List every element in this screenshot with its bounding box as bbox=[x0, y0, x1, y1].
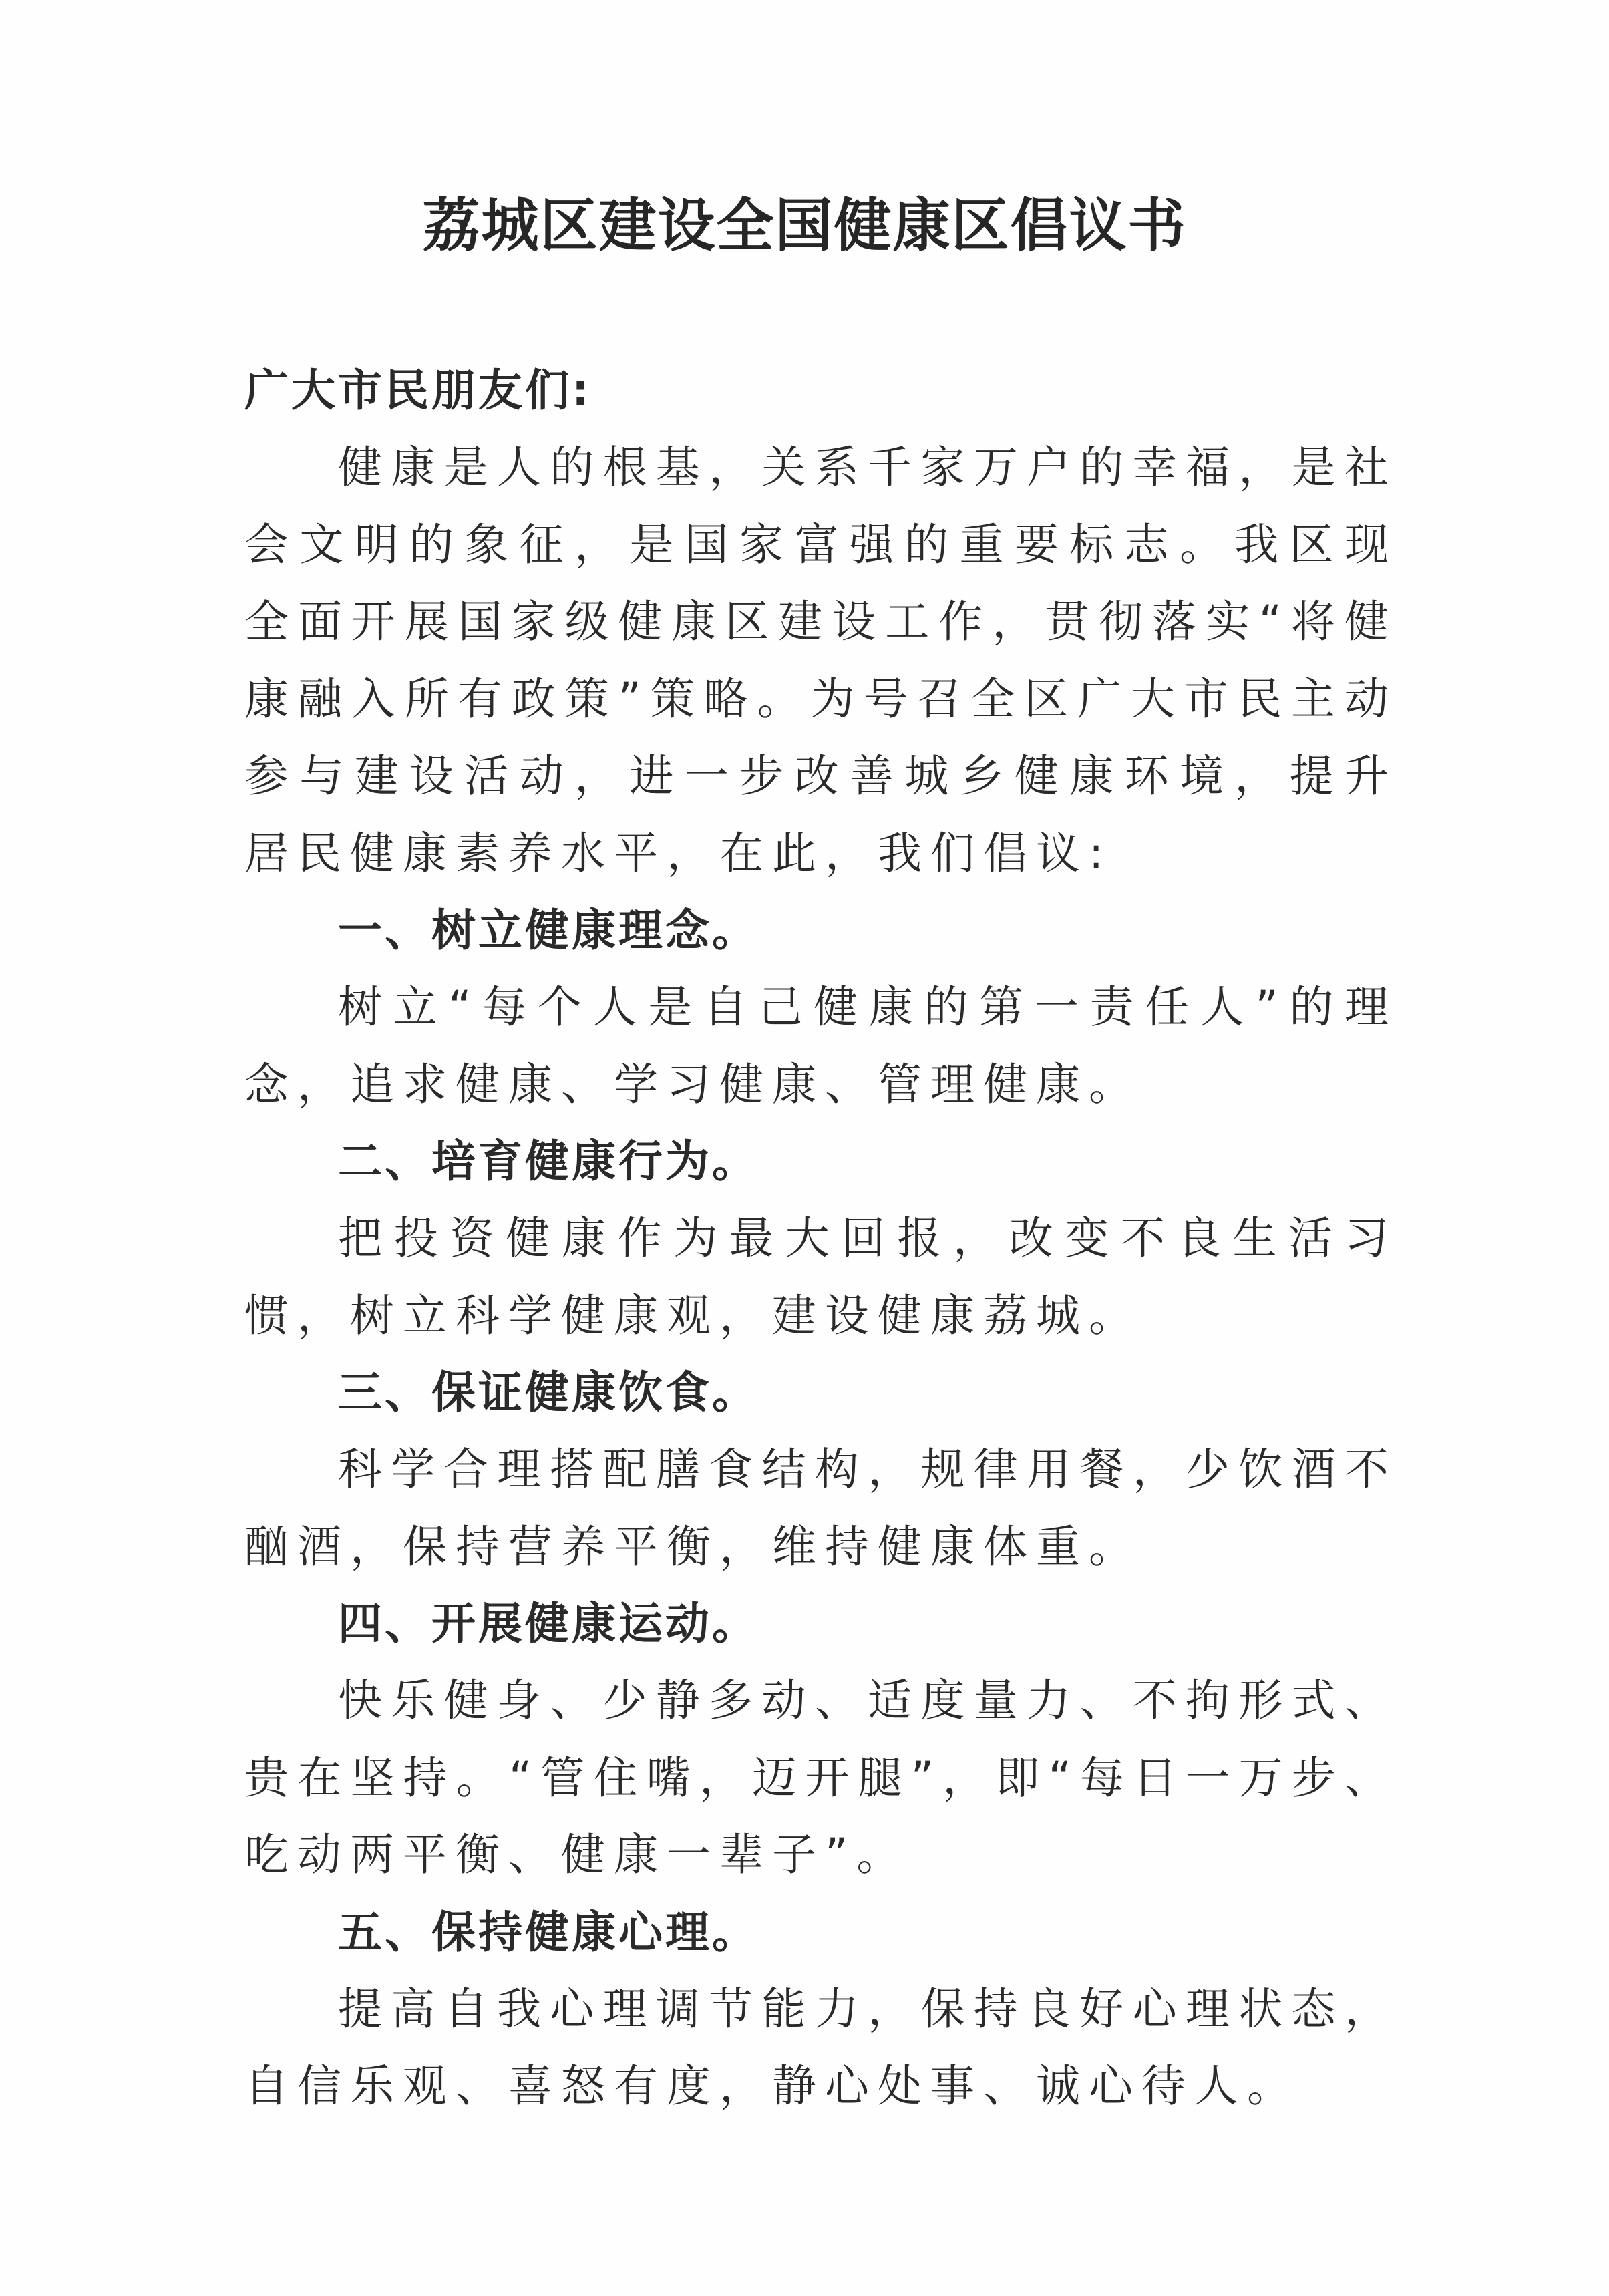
section-heading: 二、培育健康行为。 bbox=[244, 1123, 1397, 1200]
section-4: 四、开展健康运动。 快乐健身、少静多动、适度量力、不拘形式、贵在坚持。“管住嘴，… bbox=[244, 1585, 1397, 1894]
section-heading: 五、保持健康心理。 bbox=[244, 1894, 1397, 1971]
section-body: 树立“每个人是自己健康的第一责任人”的理念，追求健康、学习健康、管理健康。 bbox=[244, 969, 1397, 1123]
section-heading: 一、树立健康理念。 bbox=[244, 892, 1397, 969]
section-heading: 三、保证健康饮食。 bbox=[244, 1354, 1397, 1431]
section-2: 二、培育健康行为。 把投资健康作为最大回报，改变不良生活习惯，树立科学健康观，建… bbox=[244, 1123, 1397, 1354]
salutation: 广大市民朋友们: bbox=[244, 352, 1397, 429]
section-body: 把投资健康作为最大回报，改变不良生活习惯，树立科学健康观，建设健康荔城。 bbox=[244, 1200, 1397, 1354]
section-body: 科学合理搭配膳食结构，规律用餐，少饮酒不酗酒，保持营养平衡，维持健康体重。 bbox=[244, 1431, 1397, 1585]
section-3: 三、保证健康饮食。 科学合理搭配膳食结构，规律用餐，少饮酒不酗酒，保持营养平衡，… bbox=[244, 1354, 1397, 1585]
section-1: 一、树立健康理念。 树立“每个人是自己健康的第一责任人”的理念，追求健康、学习健… bbox=[244, 892, 1397, 1123]
document-body: 广大市民朋友们: 健康是人的根基，关系千家万户的幸福，是社会文明的象征，是国家富… bbox=[244, 352, 1397, 2125]
section-body: 提高自我心理调节能力，保持良好心理状态，自信乐观、喜怒有度，静心处事、诚心待人。 bbox=[244, 1971, 1397, 2125]
section-body: 快乐健身、少静多动、适度量力、不拘形式、贵在坚持。“管住嘴，迈开腿”，即“每日一… bbox=[244, 1662, 1397, 1894]
section-heading: 四、开展健康运动。 bbox=[244, 1585, 1397, 1662]
document-title: 荔城区建设全国健康区倡议书 bbox=[0, 186, 1609, 266]
section-5: 五、保持健康心理。 提高自我心理调节能力，保持良好心理状态，自信乐观、喜怒有度，… bbox=[244, 1894, 1397, 2125]
intro-paragraph: 健康是人的根基，关系千家万户的幸福，是社会文明的象征，是国家富强的重要标志。我区… bbox=[244, 429, 1397, 892]
document-page: 荔城区建设全国健康区倡议书 广大市民朋友们: 健康是人的根基，关系千家万户的幸福… bbox=[0, 0, 1609, 2296]
